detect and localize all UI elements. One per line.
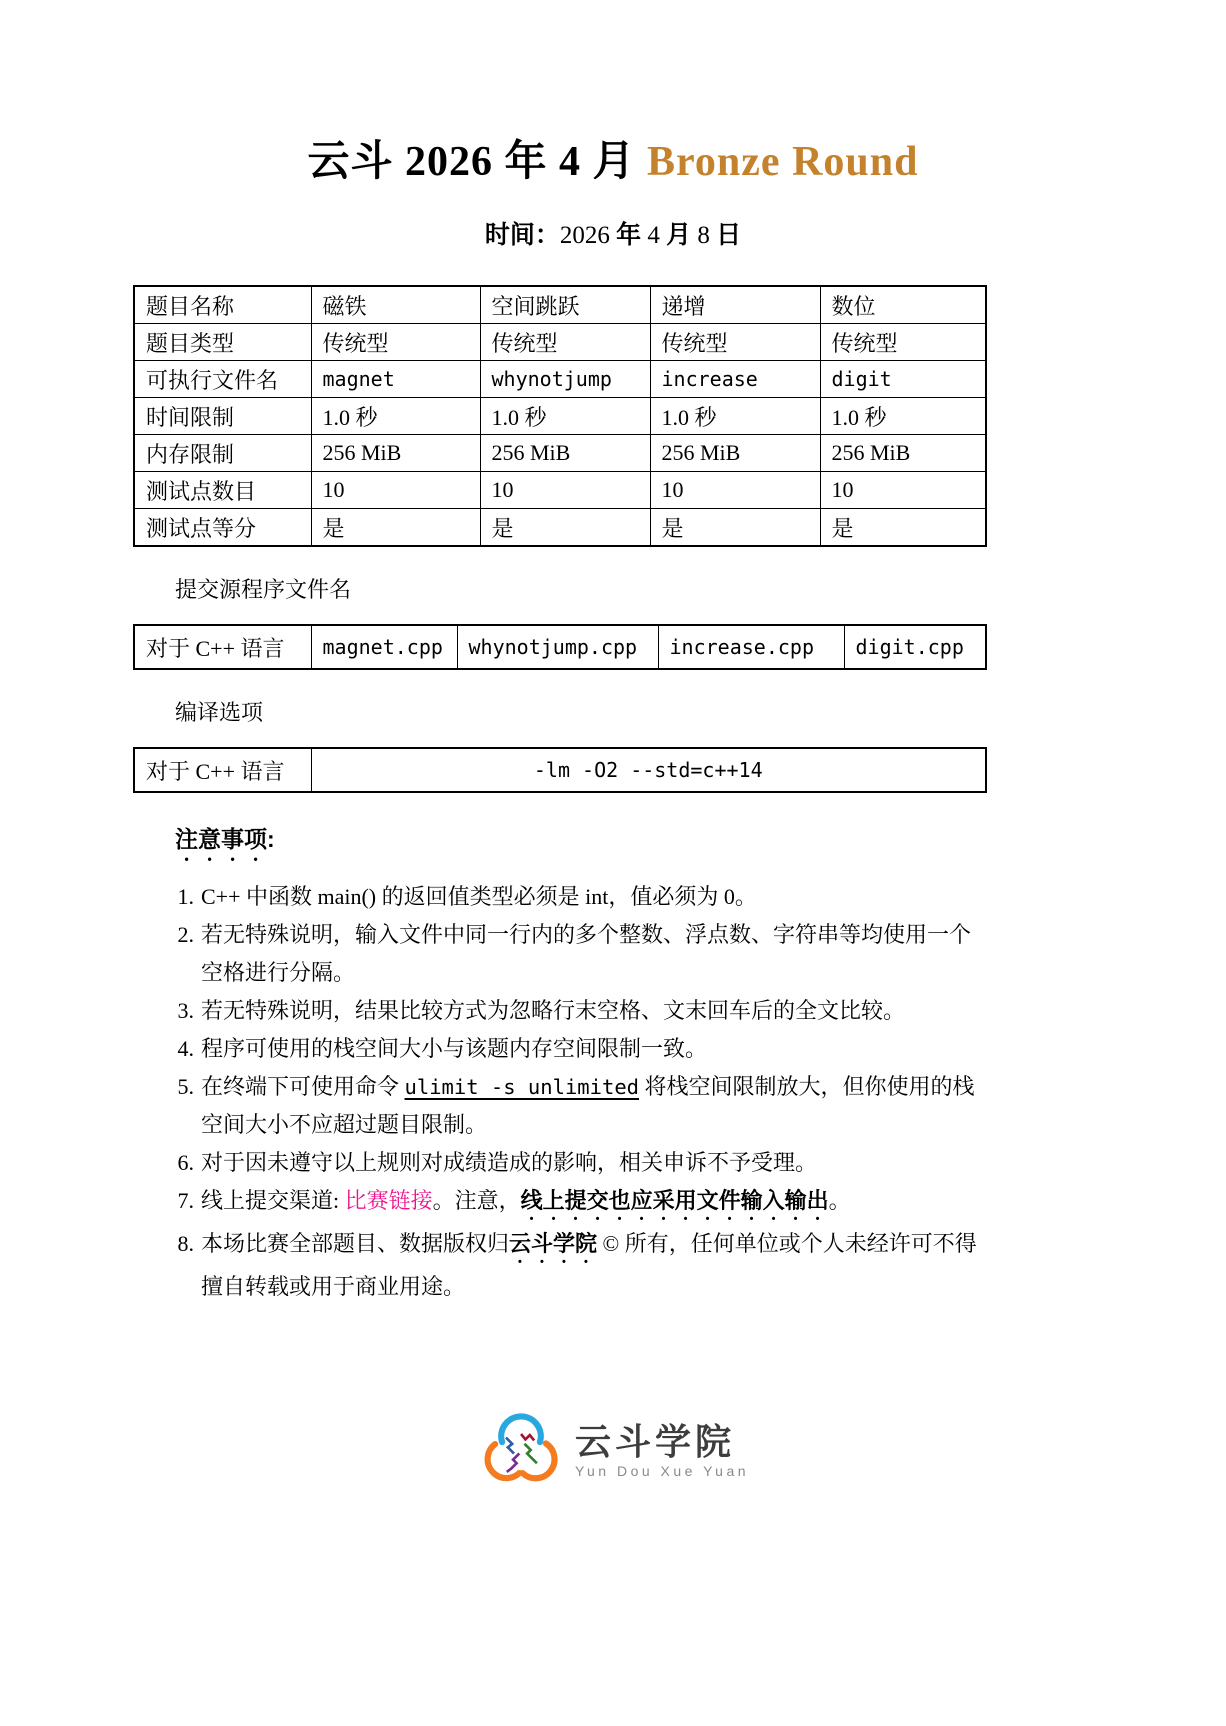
note-number: 7. (168, 1182, 194, 1220)
yundou-logo: 云斗学院 Yun Dou Xue Yuan (133, 1404, 1093, 1496)
table-cell: 传统型 (650, 324, 820, 361)
row-label: 题目类型 (134, 324, 311, 361)
notes-heading: 注意事项: (175, 821, 275, 866)
contest-link[interactable]: 比赛链接 (345, 1188, 433, 1213)
note-number: 5. (168, 1068, 194, 1106)
date-segment: 日 (716, 221, 741, 249)
cloud-logo-icon (477, 1404, 565, 1496)
note-segment: 。 (829, 1188, 851, 1213)
row-label: 内存限制 (134, 435, 311, 472)
page-title: 云斗 2026 年 4 月 Bronze Round (133, 138, 1093, 186)
table-cell: 256 MiB (311, 435, 480, 472)
date-segment: 月 (666, 221, 691, 249)
note-segment: 云斗学院 (509, 1231, 597, 1256)
compile-options-table: 对于 C++ 语言 -lm -O2 --std=c++14 (133, 747, 987, 793)
row-label: 时间限制 (134, 398, 311, 435)
note-segment: 线上提交渠道: (201, 1188, 345, 1213)
note-number: 2. (168, 916, 194, 954)
info-table-body: 题目名称磁铁空间跳跃递增数位题目类型传统型传统型传统型传统型可执行文件名magn… (134, 286, 986, 546)
table-cell: 1.0 秒 (480, 398, 650, 435)
note-item: 5.在终端下可使用命令 ulimit -s unlimited 将栈空间限制放大… (168, 1068, 988, 1144)
table-row: 测试点等分是是是是 (134, 509, 986, 547)
date-segment: 4 (641, 222, 666, 249)
source-files-row: 对于 C++ 语言 magnet.cppwhynotjump.cppincrea… (134, 625, 986, 669)
logo-text: 云斗学院 Yun Dou Xue Yuan (575, 1422, 749, 1480)
row-label: 测试点等分 (134, 509, 311, 547)
compile-options-heading: 编译选项 (175, 696, 1093, 727)
note-item: 6.对于因未遵守以上规则对成绩造成的影响，相关申诉不予受理。 (168, 1144, 988, 1182)
table-cell: 256 MiB (820, 435, 986, 472)
note-number: 3. (168, 992, 194, 1030)
source-files-row-label: 对于 C++ 语言 (134, 625, 311, 669)
note-segment: 本场比赛全部题目、数据版权归 (201, 1231, 509, 1256)
table-cell: 空间跳跃 (480, 286, 650, 324)
table-cell: 传统型 (311, 324, 480, 361)
source-file-cell: digit.cpp (844, 625, 986, 669)
compile-options-value: -lm -O2 --std=c++14 (311, 748, 986, 792)
note-item: 1.C++ 中函数 main() 的返回值类型必须是 int，值必须为 0。 (168, 878, 988, 916)
source-file-cell: magnet.cpp (311, 625, 457, 669)
table-cell: 256 MiB (650, 435, 820, 472)
table-cell: 是 (480, 509, 650, 547)
row-label: 可执行文件名 (134, 361, 311, 398)
note-item: 3.若无特殊说明，结果比较方式为忽略行末空格、文末回车后的全文比较。 (168, 992, 988, 1030)
info-table: 题目名称磁铁空间跳跃递增数位题目类型传统型传统型传统型传统型可执行文件名magn… (133, 285, 987, 547)
note-item: 2.若无特殊说明，输入文件中同一行内的多个整数、浮点数、字符串等均使用一个空格进… (168, 916, 988, 992)
table-row: 题目类型传统型传统型传统型传统型 (134, 324, 986, 361)
note-segment: C++ 中函数 main() 的返回值类型必须是 int，值必须为 0。 (201, 884, 757, 909)
note-number: 1. (168, 878, 194, 916)
contest-title-round: Bronze Round (647, 139, 918, 185)
date-segment: 时间： (485, 221, 560, 249)
compile-options-row: 对于 C++ 语言 -lm -O2 --std=c++14 (134, 748, 986, 792)
contest-date-line: 时间：2026 年 4 月 8 日 (133, 220, 1093, 251)
table-row: 测试点数目10101010 (134, 472, 986, 509)
table-cell: 递增 (650, 286, 820, 324)
table-cell: 磁铁 (311, 286, 480, 324)
note-item: 7.线上提交渠道: 比赛链接。注意，线上提交也应采用文件输入输出。 (168, 1182, 988, 1225)
table-cell: whynotjump (480, 361, 650, 398)
table-cell: 是 (311, 509, 480, 547)
contest-title-cn: 云斗 2026 年 4 月 (308, 139, 648, 185)
note-number: 6. (168, 1144, 194, 1182)
note-item: 4.程序可使用的栈空间大小与该题内存空间限制一致。 (168, 1030, 988, 1068)
note-number: 4. (168, 1030, 194, 1068)
note-segment: 程序可使用的栈空间大小与该题内存空间限制一致。 (201, 1036, 707, 1061)
note-segment: 线上提交也应采用文件输入输出 (521, 1188, 829, 1213)
table-cell: 是 (820, 509, 986, 547)
note-segment: 对于因未遵守以上规则对成绩造成的影响，相关申诉不予受理。 (201, 1150, 817, 1175)
table-cell: digit (820, 361, 986, 398)
source-files-heading: 提交源程序文件名 (175, 573, 1093, 604)
source-file-cell: whynotjump.cpp (457, 625, 658, 669)
date-segment: 2026 (560, 222, 616, 249)
table-cell: 1.0 秒 (820, 398, 986, 435)
table-cell: 传统型 (480, 324, 650, 361)
table-cell: 10 (820, 472, 986, 509)
table-cell: 1.0 秒 (650, 398, 820, 435)
logo-name-en: Yun Dou Xue Yuan (575, 1463, 749, 1479)
table-cell: increase (650, 361, 820, 398)
table-cell: 10 (650, 472, 820, 509)
table-cell: 数位 (820, 286, 986, 324)
logo-name-cn: 云斗学院 (575, 1422, 749, 1462)
source-file-cell: increase.cpp (658, 625, 844, 669)
table-cell: 10 (311, 472, 480, 509)
note-number: 8. (168, 1225, 194, 1263)
table-row: 可执行文件名magnetwhynotjumpincreasedigit (134, 361, 986, 398)
table-cell: 256 MiB (480, 435, 650, 472)
table-cell: 传统型 (820, 324, 986, 361)
source-files-table: 对于 C++ 语言 magnet.cppwhynotjump.cppincrea… (133, 624, 987, 670)
table-cell: 是 (650, 509, 820, 547)
table-cell: 10 (480, 472, 650, 509)
note-segment: ulimit -s unlimited (405, 1075, 640, 1099)
date-segment: 年 (616, 221, 641, 249)
table-row: 内存限制256 MiB256 MiB256 MiB256 MiB (134, 435, 986, 472)
row-label: 测试点数目 (134, 472, 311, 509)
notes-list: 1.C++ 中函数 main() 的返回值类型必须是 int，值必须为 0。2.… (133, 878, 988, 1306)
table-cell: 1.0 秒 (311, 398, 480, 435)
note-segment: 若无特殊说明，输入文件中同一行内的多个整数、浮点数、字符串等均使用一个空格进行分… (201, 922, 971, 985)
table-cell: magnet (311, 361, 480, 398)
note-item: 8.本场比赛全部题目、数据版权归云斗学院 © 所有，任何单位或个人未经许可不得擅… (168, 1225, 988, 1306)
row-label: 题目名称 (134, 286, 311, 324)
note-segment: 在终端下可使用命令 (201, 1074, 405, 1099)
date-segment: 8 (691, 222, 716, 249)
compile-options-row-label: 对于 C++ 语言 (134, 748, 311, 792)
note-segment: 。注意， (433, 1188, 521, 1213)
table-row: 时间限制1.0 秒1.0 秒1.0 秒1.0 秒 (134, 398, 986, 435)
note-segment: 若无特殊说明，结果比较方式为忽略行末空格、文末回车后的全文比较。 (201, 998, 905, 1023)
table-row: 题目名称磁铁空间跳跃递增数位 (134, 286, 986, 324)
contest-cover-page: 云斗 2026 年 4 月 Bronze Round 时间：2026 年 4 月… (0, 0, 1226, 1726)
